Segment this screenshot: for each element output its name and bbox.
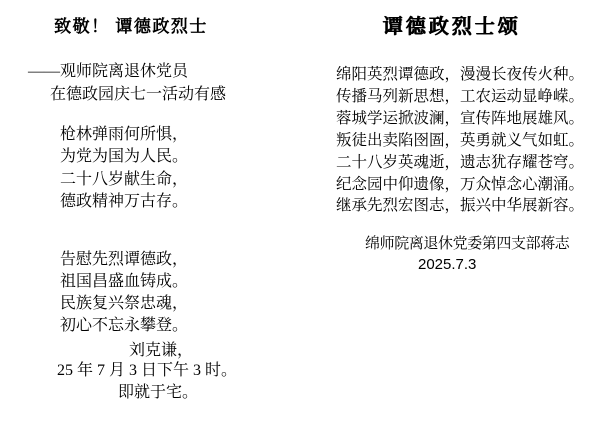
poem-line: 绵阳英烈谭德政，漫漫长夜传火种。 xyxy=(336,64,584,86)
left-poem-stanza-1: 枪林弹雨何所惧， 为党为国为人民。 二十八岁献生命， 德政精神万古存。 xyxy=(60,124,188,213)
right-author-signature: 绵师院离退休党委第四支部蒋志 xyxy=(365,232,569,253)
poem-line: 民族复兴祭忠魂， xyxy=(60,293,188,315)
poem-line: 传播马列新思想，工农运动显峥嵘。 xyxy=(336,86,584,108)
left-subtitle-line-2: 在德政园庆七一活动有感 xyxy=(50,84,226,107)
right-poem-column: 谭德政烈士颂 绵阳英烈谭德政，漫漫长夜传火种。 传播马列新思想，工农运动显峥嵘。… xyxy=(301,0,602,421)
document-page: 致敬！ 谭德政烈士 ——观师院离退休党员 在德政园庆七一活动有感 枪林弹雨何所惧… xyxy=(0,0,602,421)
left-poem-stanza-2: 告慰先烈谭德政， 祖国昌盛血铸成。 民族复兴祭忠魂， 初心不忘永攀登。 xyxy=(60,249,188,337)
poem-line: 纪念园中仰遗像，万众悼念心潮涌。 xyxy=(336,174,584,196)
poem-line: 二十八岁英魂逝，遗志犹存耀苍穹。 xyxy=(336,152,584,174)
poem-line: 继承先烈宏图志，振兴中华展新容。 xyxy=(336,195,584,217)
poem-line: 初心不忘永攀登。 xyxy=(60,315,188,337)
right-poem-title: 谭德政烈士颂 xyxy=(301,10,602,39)
left-subtitle-line-1: ——观师院离退休党员 xyxy=(28,61,226,84)
poem-line: 德政精神万古存。 xyxy=(60,191,188,213)
poem-line: 告慰先烈谭德政， xyxy=(60,249,188,271)
poem-line: 枪林弹雨何所惧， xyxy=(60,124,188,146)
right-date: 2025.7.3 xyxy=(418,256,476,273)
left-poem-subtitle: ——观师院离退休党员 在德政园庆七一活动有感 xyxy=(28,61,226,106)
poem-line: 叛徒出卖陷囹圄，英勇就义气如虹。 xyxy=(336,130,584,152)
left-closing-line: 即就于宅。 xyxy=(118,379,198,402)
poem-line: 蓉城学运掀波澜，宣传阵地展雄风。 xyxy=(336,108,584,130)
poem-line: 祖国昌盛血铸成。 xyxy=(60,271,188,293)
left-date-line: 25 年 7 月 3 日下午 3 时。 xyxy=(57,357,237,380)
right-poem-body: 绵阳英烈谭德政，漫漫长夜传火种。 传播马列新思想，工农运动显峥嵘。 蓉城学运掀波… xyxy=(336,64,584,217)
left-poem-column: 致敬！ 谭德政烈士 ——观师院离退休党员 在德政园庆七一活动有感 枪林弹雨何所惧… xyxy=(0,0,301,421)
left-poem-title: 致敬！ 谭德政烈士 xyxy=(0,12,262,37)
poem-line: 为党为国为人民。 xyxy=(60,146,188,168)
poem-line: 二十八岁献生命， xyxy=(60,169,188,191)
